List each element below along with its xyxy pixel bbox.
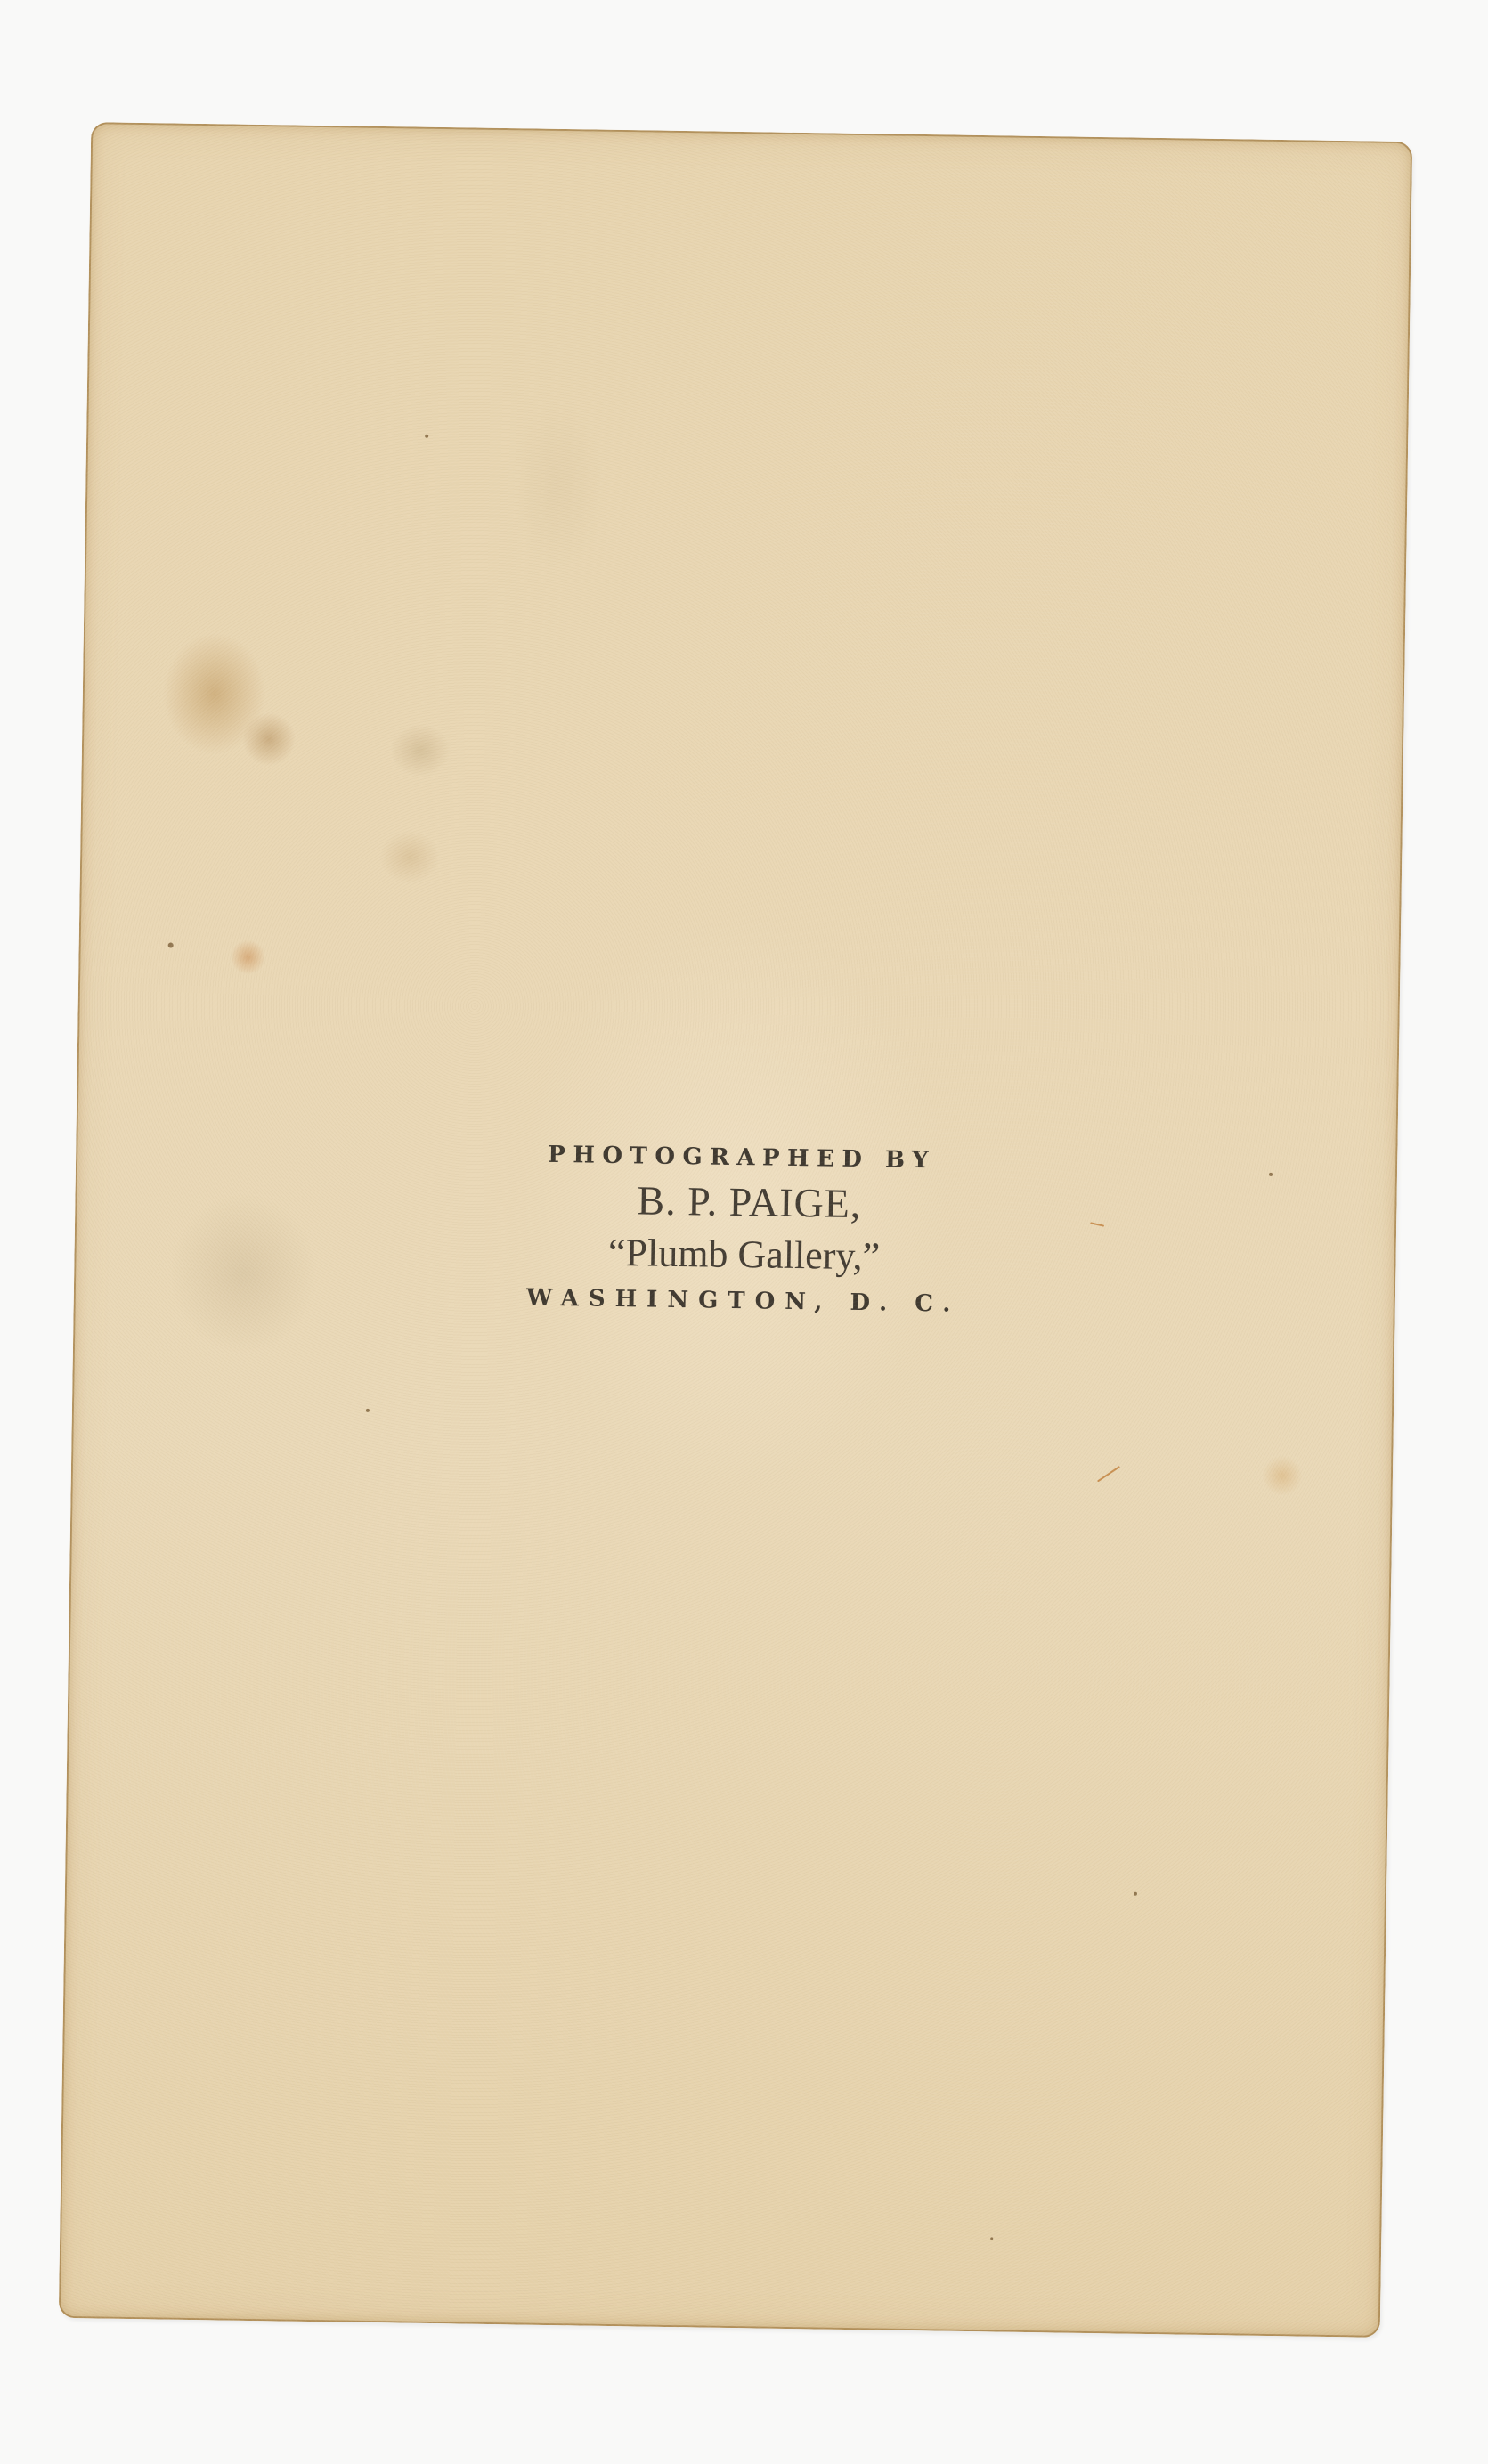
stain-speck — [366, 1409, 370, 1412]
stain-speck — [990, 2237, 993, 2240]
photo-card-back: PHOTOGRAPHED BY B. P. PAIGE, “Plumb Gall… — [59, 122, 1412, 2338]
stain-speck — [1134, 1892, 1137, 1896]
paper-fiber — [1097, 1466, 1120, 1482]
scanner-background: PHOTOGRAPHED BY B. P. PAIGE, “Plumb Gall… — [0, 0, 1488, 2464]
stain-speck — [425, 435, 428, 438]
stain-speck — [168, 943, 174, 948]
photographer-imprint: PHOTOGRAPHED BY B. P. PAIGE, “Plumb Gall… — [74, 1133, 1398, 1329]
